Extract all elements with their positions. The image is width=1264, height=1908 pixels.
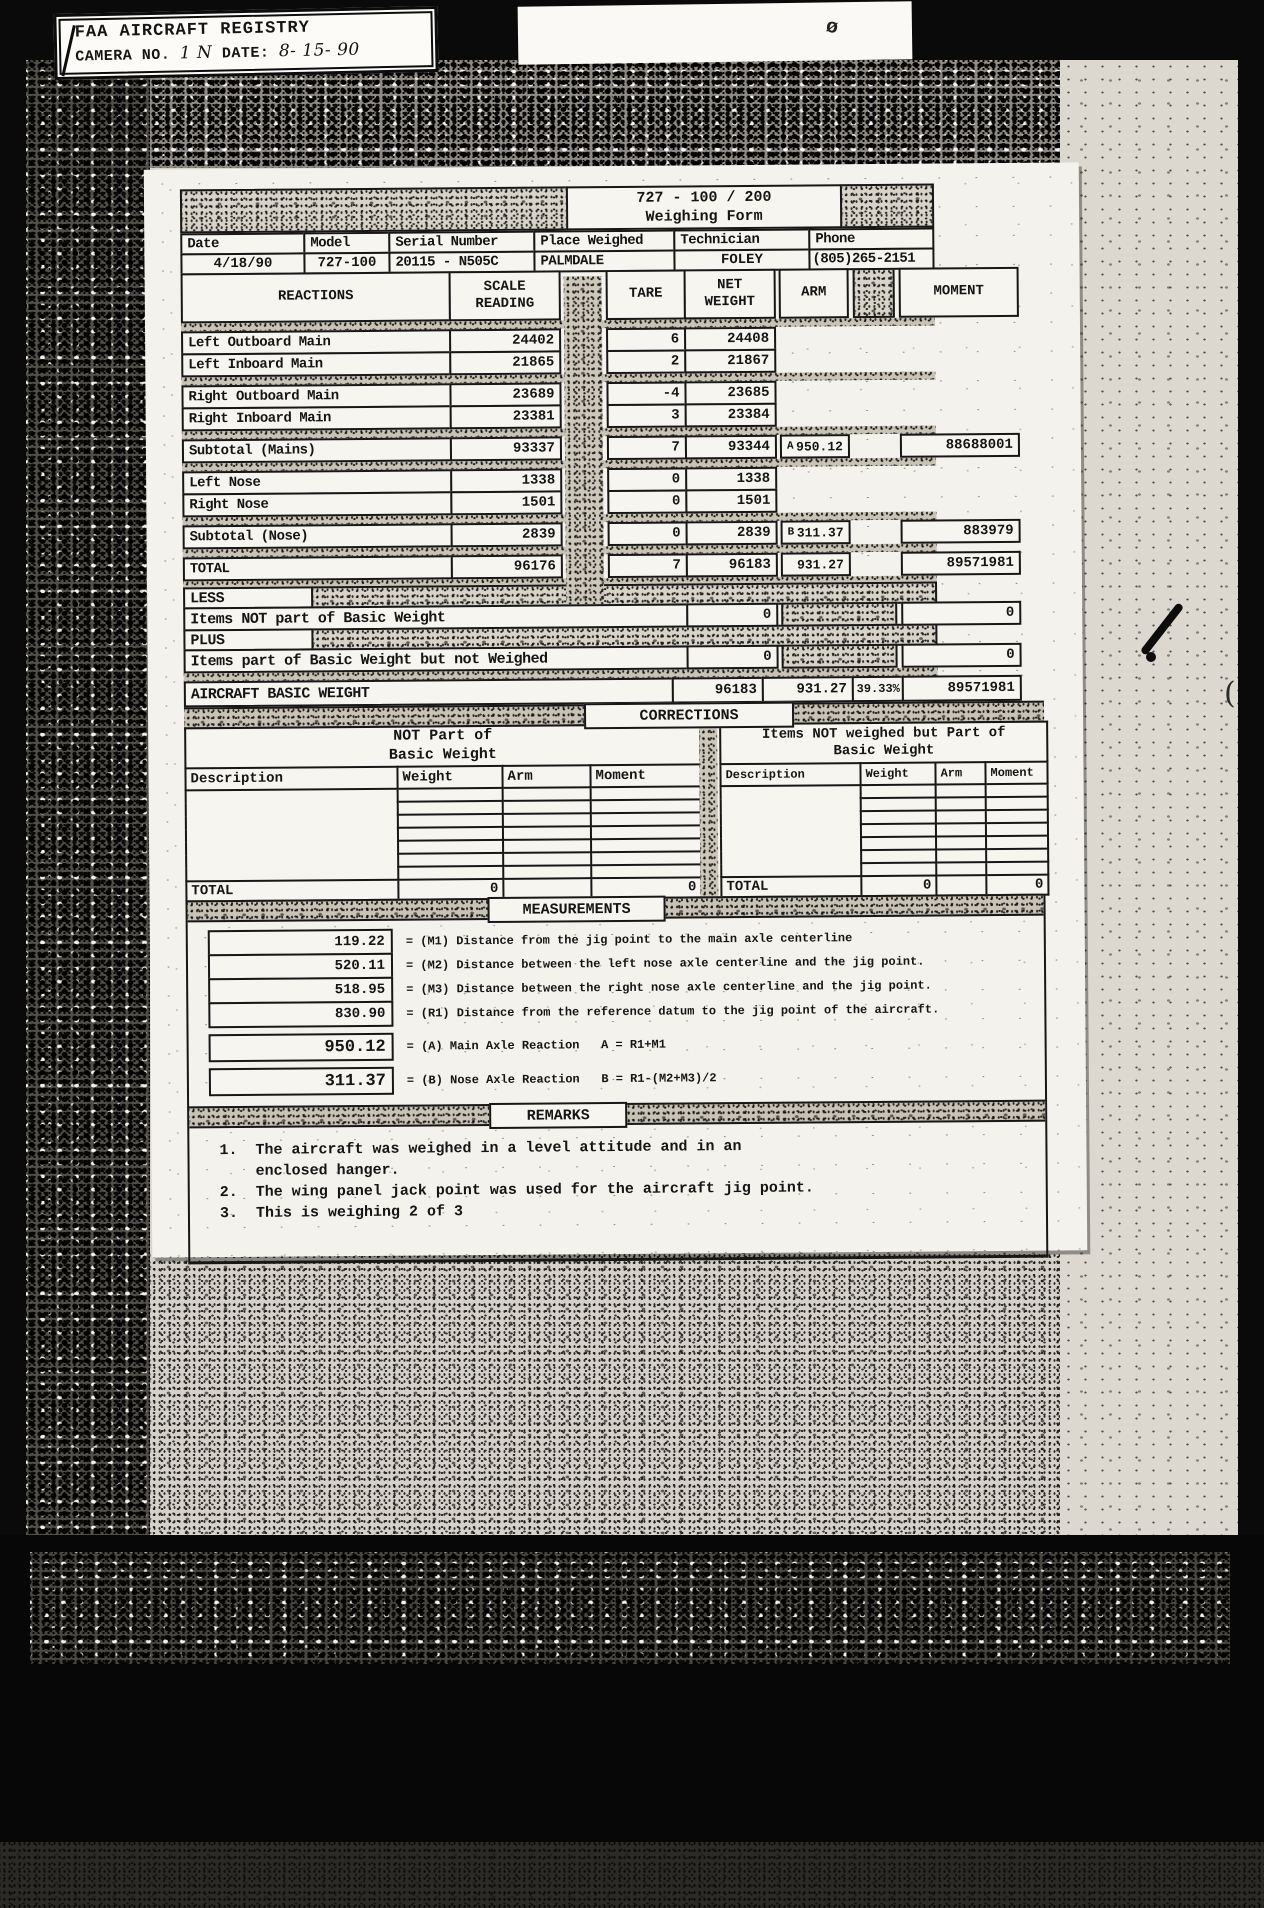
date-value: 8- 15- 90 xyxy=(279,40,360,62)
total-weight: 0 xyxy=(861,875,936,896)
right-table-header-row: Description Weight Arm Moment xyxy=(720,762,1047,787)
basic-weight-value: 96183 xyxy=(672,677,764,704)
scribble-mark: ø xyxy=(824,15,840,40)
measurements-section-label: MEASUREMENTS xyxy=(487,896,665,923)
bottom-grunge-strip xyxy=(30,1552,1230,1664)
arm-col-header: ARM xyxy=(779,268,849,319)
tare-value: 2 xyxy=(606,349,686,374)
arm-prefix: B xyxy=(788,527,795,538)
col-arm: Arm xyxy=(935,762,985,784)
form-title-line2: Weighing Form xyxy=(646,207,763,227)
scale-value: 2839 xyxy=(451,522,563,547)
measurements-rows: 119.22 = (M1) Distance from the jig poin… xyxy=(188,916,1045,1107)
lower-section-box: MEASUREMENTS 119.22 = (M1) Distance from… xyxy=(185,894,1048,1265)
row-label: Right Nose xyxy=(182,491,452,517)
measurement-value: 311.37 xyxy=(209,1067,394,1096)
net-value: 1501 xyxy=(685,489,777,514)
scale-header-line2: READING xyxy=(475,296,534,314)
remarks-section-label: REMARKS xyxy=(489,1102,627,1129)
bottom-scan-band xyxy=(150,1254,1060,1534)
measurement-row: 950.12 = (A) Main Axle Reaction A = R1+M… xyxy=(189,1028,1045,1063)
header-noise-block xyxy=(853,268,895,318)
measurement-text: = (A) Main Axle Reaction A = R1+M1 xyxy=(407,1031,666,1061)
basic-arm-value: 931.27 xyxy=(762,676,854,703)
reactions-header-row: REACTIONS SCALE READING TARE NET WEIGHT … xyxy=(181,267,1041,324)
net-value: 2839 xyxy=(686,521,778,546)
col-moment: Moment xyxy=(590,764,700,787)
right-margin-band xyxy=(1060,60,1238,1535)
net-value: 21867 xyxy=(684,349,776,374)
corrections-section-label: CORRECTIONS xyxy=(584,702,794,730)
remarks-text-area: 1. The aircraft was weighed in a level a… xyxy=(189,1122,1046,1262)
items-part-label: Items part of Basic Weight but not Weigh… xyxy=(184,645,689,673)
row-label: TOTAL xyxy=(183,555,453,581)
measurement-value: 830.90 xyxy=(208,1001,393,1028)
net-value: 23685 xyxy=(684,381,776,406)
left-grunge-band xyxy=(26,60,150,1535)
corrections-center-strip xyxy=(699,723,718,898)
camera-date-line: CAMERA NO. 1 N DATE: 8- 15- 90 xyxy=(75,38,425,65)
vertical-noise-strip xyxy=(564,276,605,628)
measurement-row: 311.37 = (B) Nose Axle Reaction B = R1-(… xyxy=(189,1062,1045,1097)
scale-value: 23381 xyxy=(450,404,562,429)
col-description: Description xyxy=(720,763,860,786)
moment-value: 89571981 xyxy=(901,551,1021,576)
corrections-right-table: Items NOT weighed but Part of Basic Weig… xyxy=(719,721,1049,899)
title-left-block xyxy=(180,186,568,233)
tare-value: -4 xyxy=(606,381,686,406)
items-part-moment: 0 xyxy=(901,643,1021,668)
camera-card-frame: FAA AIRCRAFT REGISTRY CAMERA NO. 1 N DAT… xyxy=(58,11,433,75)
col-arm: Arm xyxy=(502,765,590,788)
corrections-tables: NOT Part of Basic Weight Description Wei… xyxy=(184,721,1045,903)
arm-value-cell: B 311.37 xyxy=(781,520,851,545)
net-value: 24408 xyxy=(684,327,776,352)
right-table-title: Items NOT weighed but Part of Basic Weig… xyxy=(720,722,1047,765)
corrections-left-table: NOT Part of Basic Weight Description Wei… xyxy=(184,723,702,902)
items-not-part-label: Items NOT part of Basic Weight xyxy=(183,603,688,631)
measurement-value: 950.12 xyxy=(209,1033,394,1062)
reactions-col-header: REACTIONS xyxy=(181,271,451,323)
scale-value: 96176 xyxy=(451,554,563,579)
form-content: 727 - 100 / 200 Weighing Form Date Model… xyxy=(180,183,1048,1265)
col-moment: Moment xyxy=(985,762,1047,784)
arm-value-cell: 931.27 xyxy=(781,552,851,577)
top-grunge-band xyxy=(140,60,1060,168)
tare-value: 0 xyxy=(607,489,687,514)
left-table-title-line2: Basic Weight xyxy=(190,744,695,767)
tare-value: 7 xyxy=(607,435,687,460)
top-white-strip: ø xyxy=(518,1,913,64)
col-description: Description xyxy=(185,767,397,791)
pen-dot xyxy=(1146,652,1156,662)
basic-percent-value: 39.33% xyxy=(852,676,904,702)
description-cell xyxy=(721,785,862,877)
scale-value: 1501 xyxy=(450,490,562,515)
moment-col-header: MOMENT xyxy=(899,267,1019,318)
net-weight-col-header: NET WEIGHT xyxy=(684,269,776,320)
moment-value: 88688001 xyxy=(900,433,1020,458)
tare-value: 0 xyxy=(608,521,688,546)
noise-block xyxy=(781,644,897,669)
remark-number: 2. xyxy=(220,1182,256,1203)
form-title-row: 727 - 100 / 200 Weighing Form xyxy=(180,183,934,233)
col-weight: Weight xyxy=(397,766,502,789)
camera-no-value: 1 N xyxy=(180,43,213,64)
net-header-line2: WEIGHT xyxy=(705,294,756,312)
bottom-edge-noise xyxy=(0,1842,1264,1908)
form-title-line1: 727 - 100 / 200 xyxy=(636,187,771,208)
left-table-title: NOT Part of Basic Weight xyxy=(185,724,700,768)
items-not-part-moment: 0 xyxy=(901,601,1021,626)
basic-moment-value: 89571981 xyxy=(902,675,1022,702)
camera-no-label: CAMERA NO. xyxy=(75,47,170,66)
net-value: 93344 xyxy=(685,435,777,460)
tare-value: 7 xyxy=(608,553,688,578)
description-cell xyxy=(186,789,399,882)
right-table-title-line2: Basic Weight xyxy=(725,742,1042,762)
col-weight: Weight xyxy=(860,762,935,785)
arm-value: 931.27 xyxy=(797,558,844,571)
row-label: Left Inboard Main xyxy=(181,351,451,377)
title-right-block xyxy=(840,183,934,228)
items-part-weight: 0 xyxy=(686,645,778,670)
remark-number: 3. xyxy=(220,1203,256,1224)
arm-value: 950.12 xyxy=(796,440,843,453)
total-arm xyxy=(936,875,986,895)
weighing-form-sheet: 727 - 100 / 200 Weighing Form Date Model… xyxy=(144,162,1088,1257)
moment-value: 883979 xyxy=(901,519,1021,544)
tare-value: 3 xyxy=(607,403,687,428)
remark-text: This is weighing 2 of 3 xyxy=(256,1198,821,1223)
paren-mark: ( xyxy=(1224,676,1236,711)
card-slash-mark xyxy=(61,25,75,76)
tare-value: 0 xyxy=(607,467,687,492)
measurement-text: = (B) Nose Axle Reaction B = R1-(M2+M3)/… xyxy=(407,1064,717,1094)
net-value: 96183 xyxy=(686,553,778,578)
scale-reading-col-header: SCALE READING xyxy=(449,270,561,321)
remark-line: 1. The aircraft was weighed in a level a… xyxy=(219,1134,1035,1182)
total-moment: 0 xyxy=(986,875,1048,895)
total-label: TOTAL xyxy=(721,876,861,897)
net-value: 1338 xyxy=(685,467,777,492)
remark-number: 1. xyxy=(219,1140,255,1182)
net-header-line1: NET xyxy=(717,276,742,294)
microfilm-scan-page: ( ø FAA AIRCRAFT REGISTRY CAMERA NO. 1 N… xyxy=(0,0,1264,1908)
date-label: DATE: xyxy=(222,45,270,63)
items-not-part-weight: 0 xyxy=(686,603,778,628)
arm-value-cell: A 950.12 xyxy=(780,434,850,459)
camera-card: FAA AIRCRAFT REGISTRY CAMERA NO. 1 N DAT… xyxy=(53,6,438,80)
form-title-box: 727 - 100 / 200 Weighing Form xyxy=(566,184,842,230)
measurement-text: = (R1) Distance from the reference datum… xyxy=(406,996,939,1026)
tare-col-header: TARE xyxy=(606,269,686,320)
scale-value: 93337 xyxy=(450,436,562,461)
remark-text: The aircraft was weighed in a level atti… xyxy=(255,1135,820,1181)
measurement-row: 830.90 = (R1) Distance from the referenc… xyxy=(188,996,1044,1029)
row-label: Subtotal (Nose) xyxy=(183,523,453,549)
net-value: 23384 xyxy=(685,403,777,428)
tare-value: 6 xyxy=(606,327,686,352)
scale-header-line1: SCALE xyxy=(484,278,526,296)
row-label: Subtotal (Mains) xyxy=(182,437,452,463)
arm-prefix: A xyxy=(787,441,794,452)
arm-value: 311.37 xyxy=(797,526,844,539)
scale-value: 21865 xyxy=(449,350,561,375)
row-label: Right Inboard Main xyxy=(182,405,452,431)
